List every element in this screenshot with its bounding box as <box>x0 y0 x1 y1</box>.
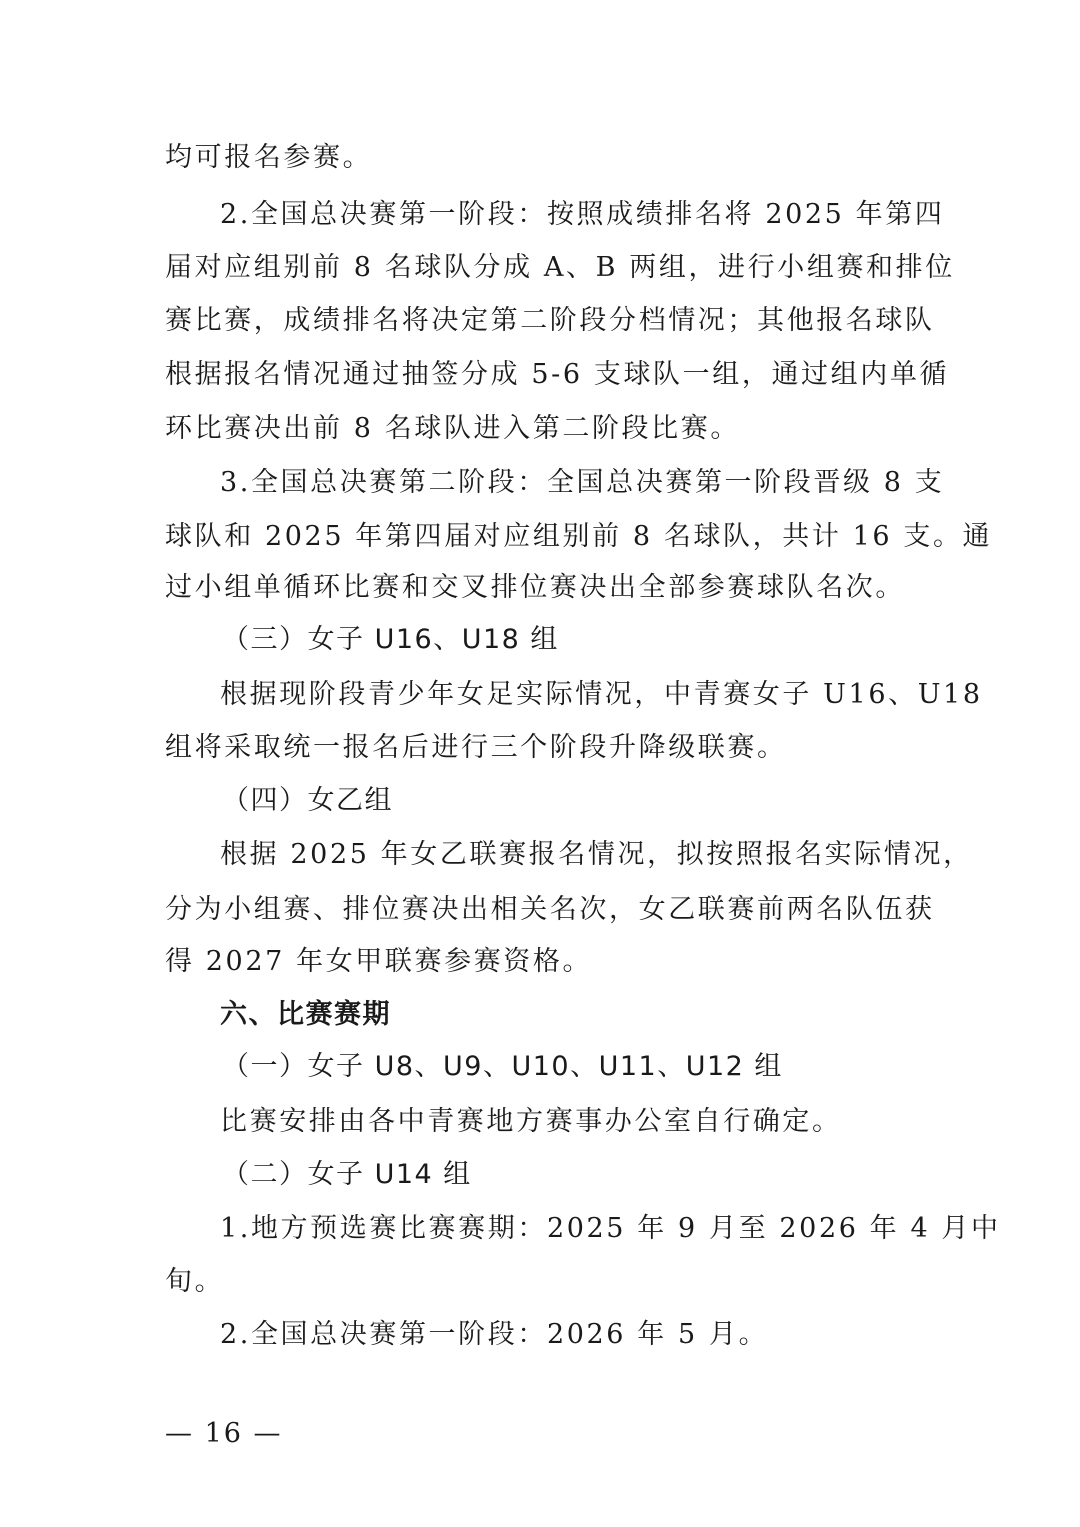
paragraph-line: 根据报名情况通过抽签分成 5-6 支球队一组，通过组内单循 <box>165 357 917 393</box>
paragraph-line: 组将采取统一报名后进行三个阶段升降级联赛。 <box>165 730 917 766</box>
section-heading: 六、比赛赛期 <box>220 997 917 1033</box>
subheading: （三）女子 U16、U18 组 <box>222 622 974 658</box>
page-number: — 16 — <box>165 1418 283 1449</box>
paragraph-line: 环比赛决出前 8 名球队进入第二阶段比赛。 <box>165 411 917 447</box>
paragraph-line: 2.全国总决赛第一阶段：按照成绩排名将 2025 年第四 <box>220 197 917 233</box>
subheading: （二）女子 U14 组 <box>222 1157 974 1193</box>
document-page: 均可报名参赛。 2.全国总决赛第一阶段：按照成绩排名将 2025 年第四 届对应… <box>0 0 1080 1527</box>
paragraph-line: 届对应组别前 8 名球队分成 A、B 两组，进行小组赛和排位 <box>165 250 917 286</box>
paragraph-line: 球队和 2025 年第四届对应组别前 8 名球队，共计 16 支。通 <box>165 519 917 555</box>
paragraph-line: 旬。 <box>165 1264 917 1300</box>
paragraph-line: 根据 2025 年女乙联赛报名情况，拟按照报名实际情况， <box>220 837 917 873</box>
paragraph-line: 3.全国总决赛第二阶段：全国总决赛第一阶段晋级 8 支 <box>220 465 917 501</box>
paragraph-line: 过小组单循环比赛和交叉排位赛决出全部参赛球队名次。 <box>165 570 917 606</box>
paragraph-line: 根据现阶段青少年女足实际情况，中青赛女子 U16、U18 <box>220 677 917 713</box>
paragraph-line: 得 2027 年女甲联赛参赛资格。 <box>165 944 917 980</box>
subheading: （四）女乙组 <box>222 783 974 819</box>
paragraph-line: 赛比赛，成绩排名将决定第二阶段分档情况；其他报名球队 <box>165 303 917 339</box>
paragraph-line: 1.地方预选赛比赛赛期：2025 年 9 月至 2026 年 4 月中 <box>220 1211 917 1247</box>
paragraph-line: 2.全国总决赛第一阶段：2026 年 5 月。 <box>220 1317 917 1353</box>
paragraph-line: 分为小组赛、排位赛决出相关名次，女乙联赛前两名队伍获 <box>165 892 917 928</box>
paragraph-line: 比赛安排由各中青赛地方赛事办公室自行确定。 <box>220 1104 917 1140</box>
subheading: （一）女子 U8、U9、U10、U11、U12 组 <box>222 1049 974 1085</box>
paragraph-line: 均可报名参赛。 <box>165 140 917 176</box>
